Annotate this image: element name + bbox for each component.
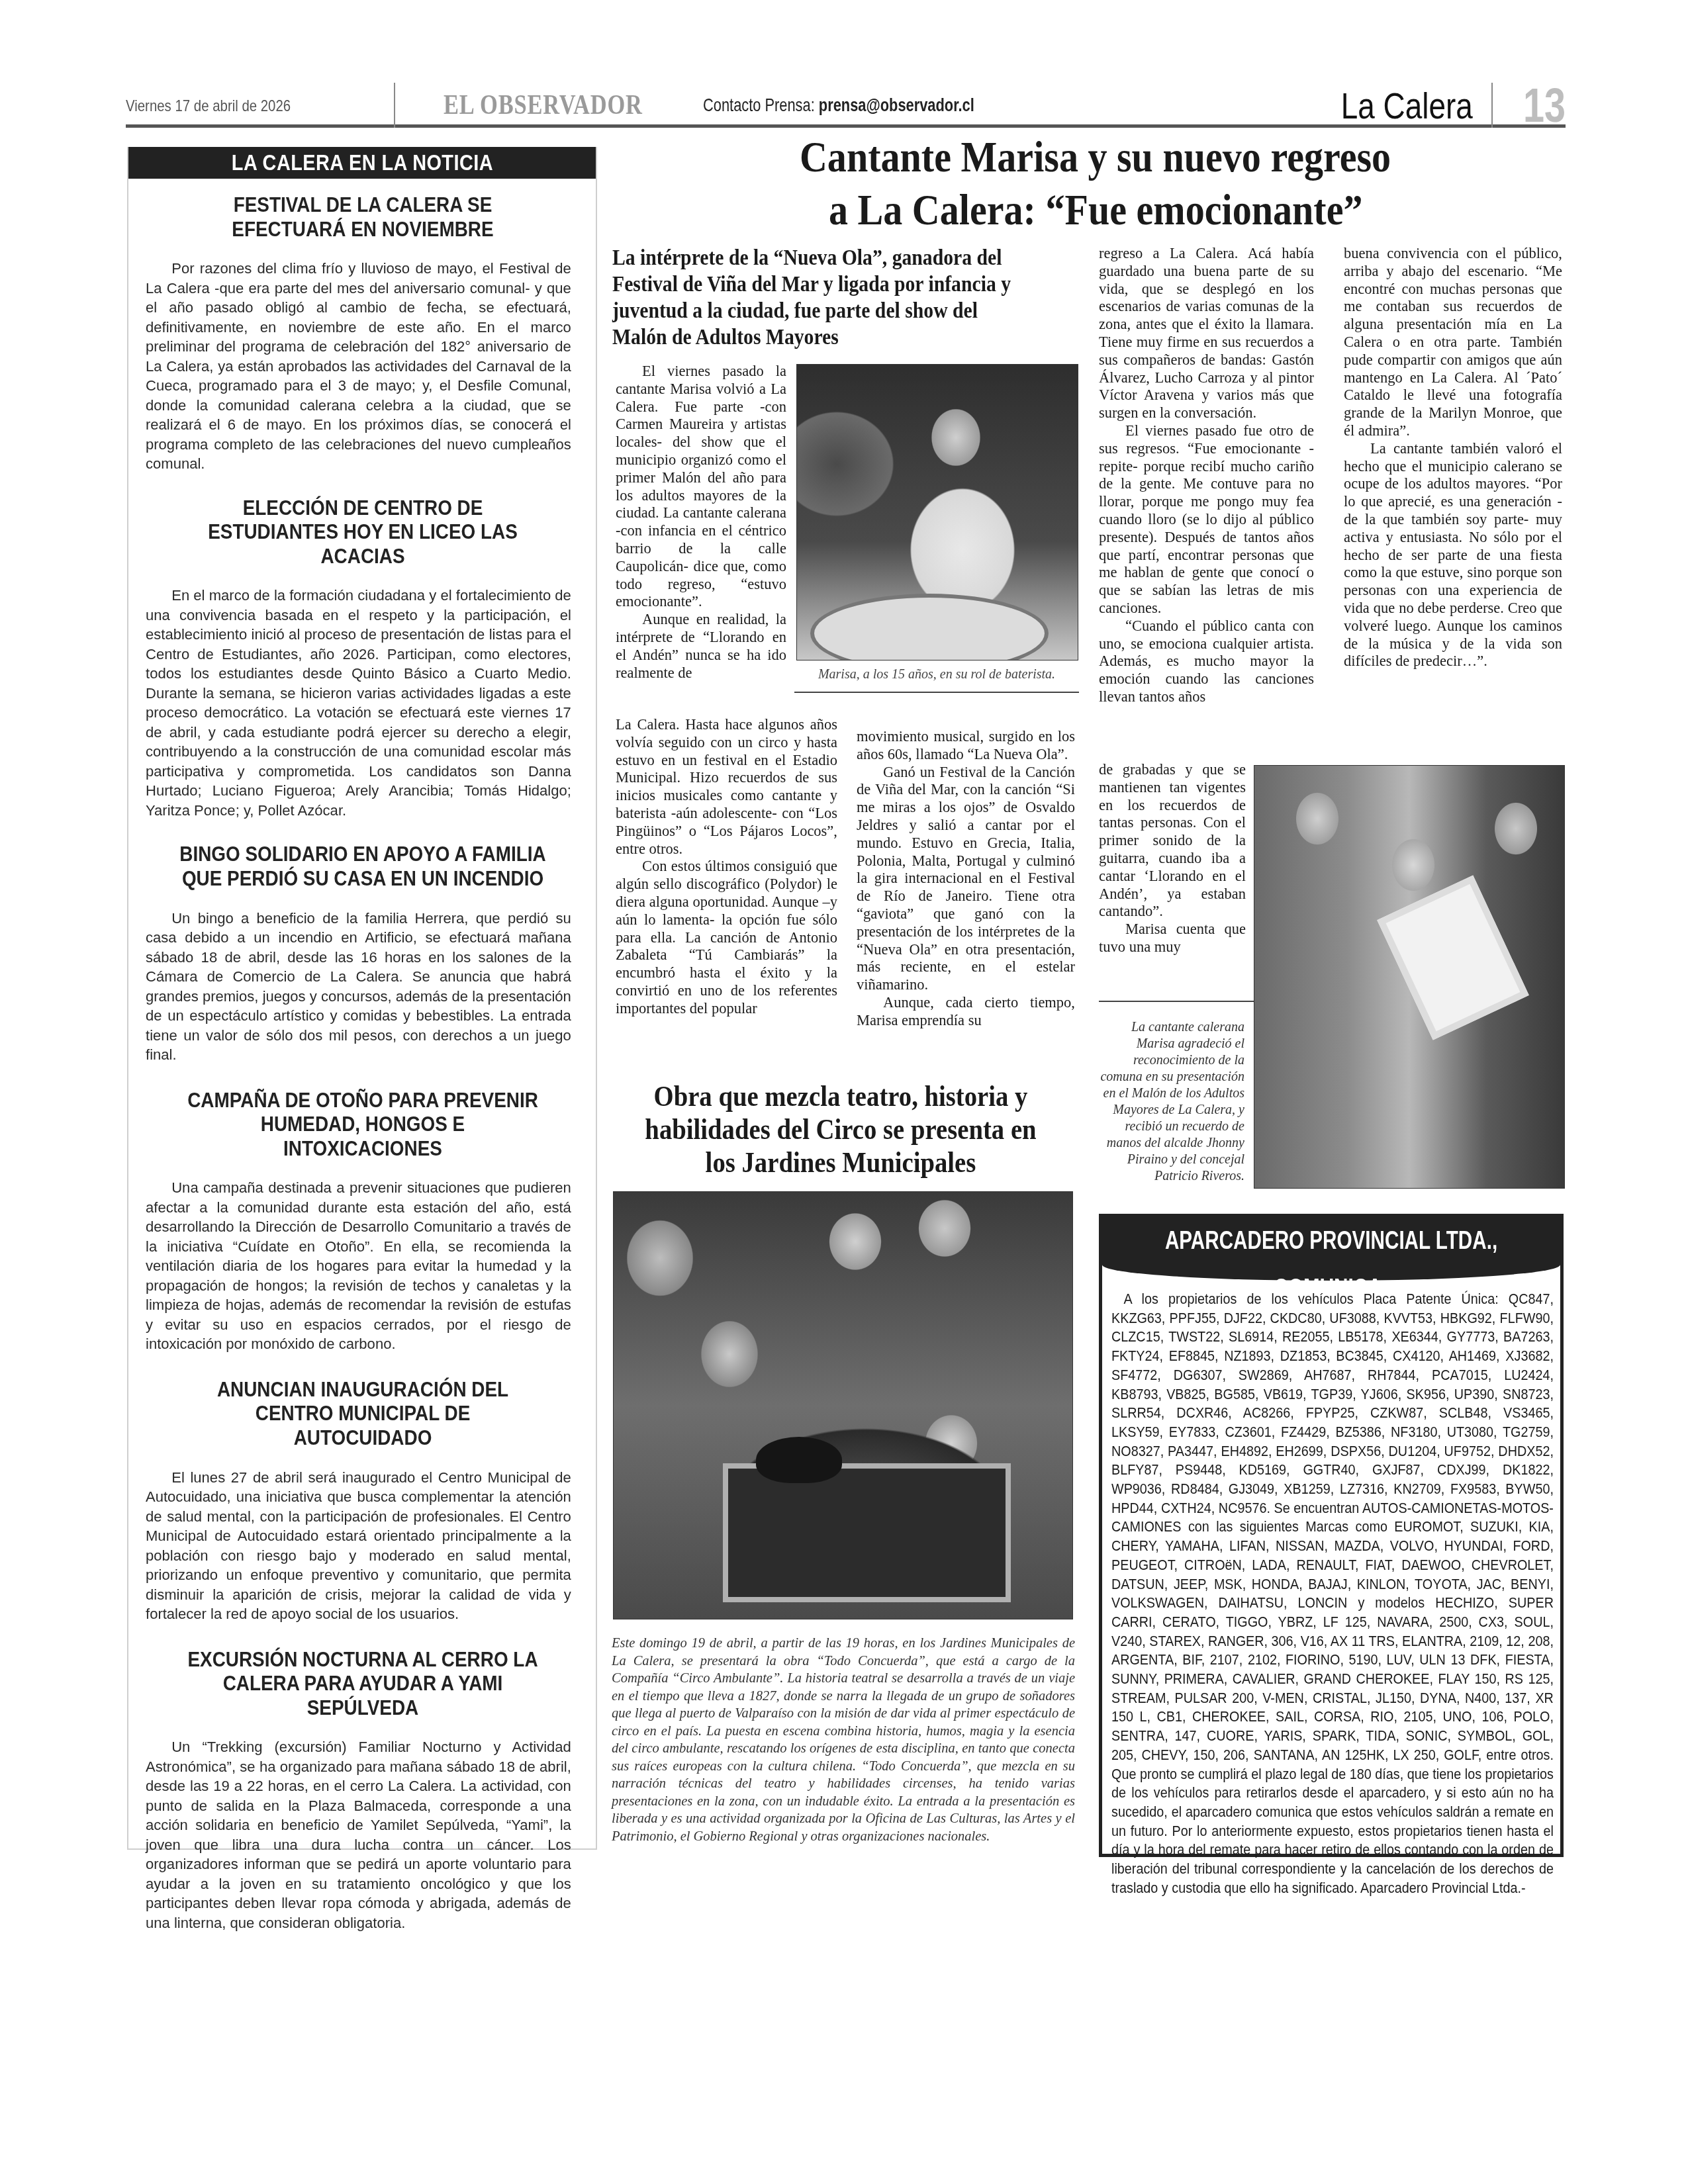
news-brief: EXCURSIÓN NOCTURNA AL CERRO LA CALERA PA…: [128, 1648, 596, 1933]
page-number: 13: [1523, 79, 1566, 133]
drum-shape: [810, 594, 1049, 660]
notice-text: A los propietarios de los vehículos Plac…: [1111, 1290, 1554, 1898]
section-name: La Calera: [1341, 84, 1473, 127]
paragraph: Ganó un Festival de la Canción de Viña d…: [857, 764, 1075, 994]
brief-body: En el marco de la formación ciudadana y …: [146, 586, 571, 820]
notice-body: A los propietarios de los vehículos Plac…: [1111, 1290, 1554, 1898]
article-column-4: buena convivencia con el público, arriba…: [1344, 245, 1562, 670]
photo-marisa-drummer: [796, 364, 1078, 660]
newspaper-logo: EL OBSERVADOR: [444, 89, 643, 121]
brief-title: BINGO SOLIDARIO EN APOYO A FAMILIA QUE P…: [167, 842, 558, 891]
circus-caption: Este domingo 19 de abril, a partir de la…: [612, 1635, 1075, 1845]
news-brief: ANUNCIAN INAUGURACIÓN DEL CENTRO MUNICIP…: [128, 1378, 596, 1624]
legal-notice-box: APARCADERO PROVINCIAL LTDA., COMUNICA: A…: [1099, 1214, 1564, 1857]
paragraph: La cantante también valoró el hecho que …: [1344, 440, 1562, 670]
brief-body: Por razones del clima frío y lluvioso de…: [146, 259, 571, 474]
page-header: Viernes 17 de abril de 2026 EL OBSERVADO…: [126, 83, 1566, 128]
news-brief: FESTIVAL DE LA CALERA SE EFECTUARÁ EN NO…: [128, 193, 596, 474]
news-brief: ELECCIÓN DE CENTRO DE ESTUDIANTES HOY EN…: [128, 496, 596, 821]
divider-rule: [1099, 1001, 1254, 1002]
brief-body: Una campaña destinada a prevenir situaci…: [146, 1178, 571, 1354]
brief-body: El lunes 27 de abril será inaugurado el …: [146, 1468, 571, 1624]
brief-title: ANUNCIAN INAUGURACIÓN DEL CENTRO MUNICIP…: [167, 1378, 558, 1451]
main-headline: Cantante Marisa y su nuevo regreso a La …: [619, 131, 1572, 237]
divider-rule: [794, 692, 1079, 693]
column-banner: LA CALERA EN LA NOTICIA: [128, 147, 596, 179]
photo-circus-troupe: [613, 1191, 1073, 1619]
paragraph: Aunque en realidad, la intérprete de “Ll…: [616, 611, 786, 682]
paragraph: “Cuando el público canta con uno, se emo…: [1099, 617, 1314, 706]
award-frame-shape: [1377, 876, 1529, 1040]
paragraph: buena convivencia con el público, arriba…: [1344, 245, 1562, 440]
photo-award-ceremony: [1254, 765, 1565, 1189]
bowler-hat-shape: [756, 1437, 842, 1483]
header-divider: [394, 83, 395, 128]
paragraph: Con estos últimos consiguió que algún se…: [616, 858, 837, 1017]
paragraph: Aunque, cada cierto tiempo, Marisa empre…: [857, 994, 1075, 1030]
brief-title: ELECCIÓN DE CENTRO DE ESTUDIANTES HOY EN…: [167, 496, 558, 569]
paragraph: El viernes pasado la cantante Marisa vol…: [616, 363, 786, 611]
photo-caption: Marisa, a los 15 años, en su rol de bate…: [794, 667, 1079, 682]
brief-title: FESTIVAL DE LA CALERA SE EFECTUARÁ EN NO…: [167, 193, 558, 242]
news-briefs-column: LA CALERA EN LA NOTICIA FESTIVAL DE LA C…: [127, 147, 597, 1850]
photo-caption: La cantante calerana Marisa agradeció el…: [1092, 1019, 1244, 1185]
news-brief: CAMPAÑA DE OTOÑO PARA PREVENIR HUMEDAD, …: [128, 1089, 596, 1354]
press-contact-email[interactable]: prensa@observador.cl: [819, 95, 974, 115]
paragraph: movimiento musical, surgido en los años …: [857, 728, 1075, 764]
article-column-1-wide: La Calera. Hasta hace algunos años volví…: [616, 716, 837, 1018]
issue-date: Viernes 17 de abril de 2026: [126, 97, 291, 116]
article-deck: La intérprete de la “Nueva Ola”, ganador…: [612, 245, 1017, 351]
press-contact-label: Contacto Prensa:: [703, 95, 815, 115]
article-column-3: regreso a La Calera. Acá había guardado …: [1099, 245, 1314, 706]
press-contact: Contacto Prensa: prensa@observador.cl: [703, 95, 974, 116]
brief-body: Un “Trekking (excursión) Familiar Noctur…: [146, 1737, 571, 1933]
paragraph: regreso a La Calera. Acá había guardado …: [1099, 245, 1314, 422]
article-column-1-narrow: El viernes pasado la cantante Marisa vol…: [616, 363, 786, 682]
brief-body: Un bingo a beneficio de la familia Herre…: [146, 909, 571, 1065]
trunk-shape: [723, 1463, 1011, 1602]
header-divider: [1491, 83, 1493, 128]
paragraph: Marisa cuenta que tuvo una muy: [1099, 921, 1246, 956]
article-column-3-narrow: de grabadas y que se mantienen tan vigen…: [1099, 761, 1246, 956]
brief-title: CAMPAÑA DE OTOÑO PARA PREVENIR HUMEDAD, …: [167, 1089, 558, 1161]
notice-title: APARCADERO PROVINCIAL LTDA., COMUNICA:: [1102, 1217, 1560, 1281]
paragraph: La Calera. Hasta hace algunos años volví…: [616, 716, 837, 858]
paragraph: de grabadas y que se mantienen tan vigen…: [1099, 761, 1246, 921]
article-column-2: movimiento musical, surgido en los años …: [857, 728, 1075, 1030]
circus-headline: Obra que mezcla teatro, historia y habil…: [616, 1080, 1066, 1179]
brief-title: EXCURSIÓN NOCTURNA AL CERRO LA CALERA PA…: [167, 1648, 558, 1721]
paragraph: El viernes pasado fue otro de sus regres…: [1099, 422, 1314, 617]
news-brief: BINGO SOLIDARIO EN APOYO A FAMILIA QUE P…: [128, 842, 596, 1064]
